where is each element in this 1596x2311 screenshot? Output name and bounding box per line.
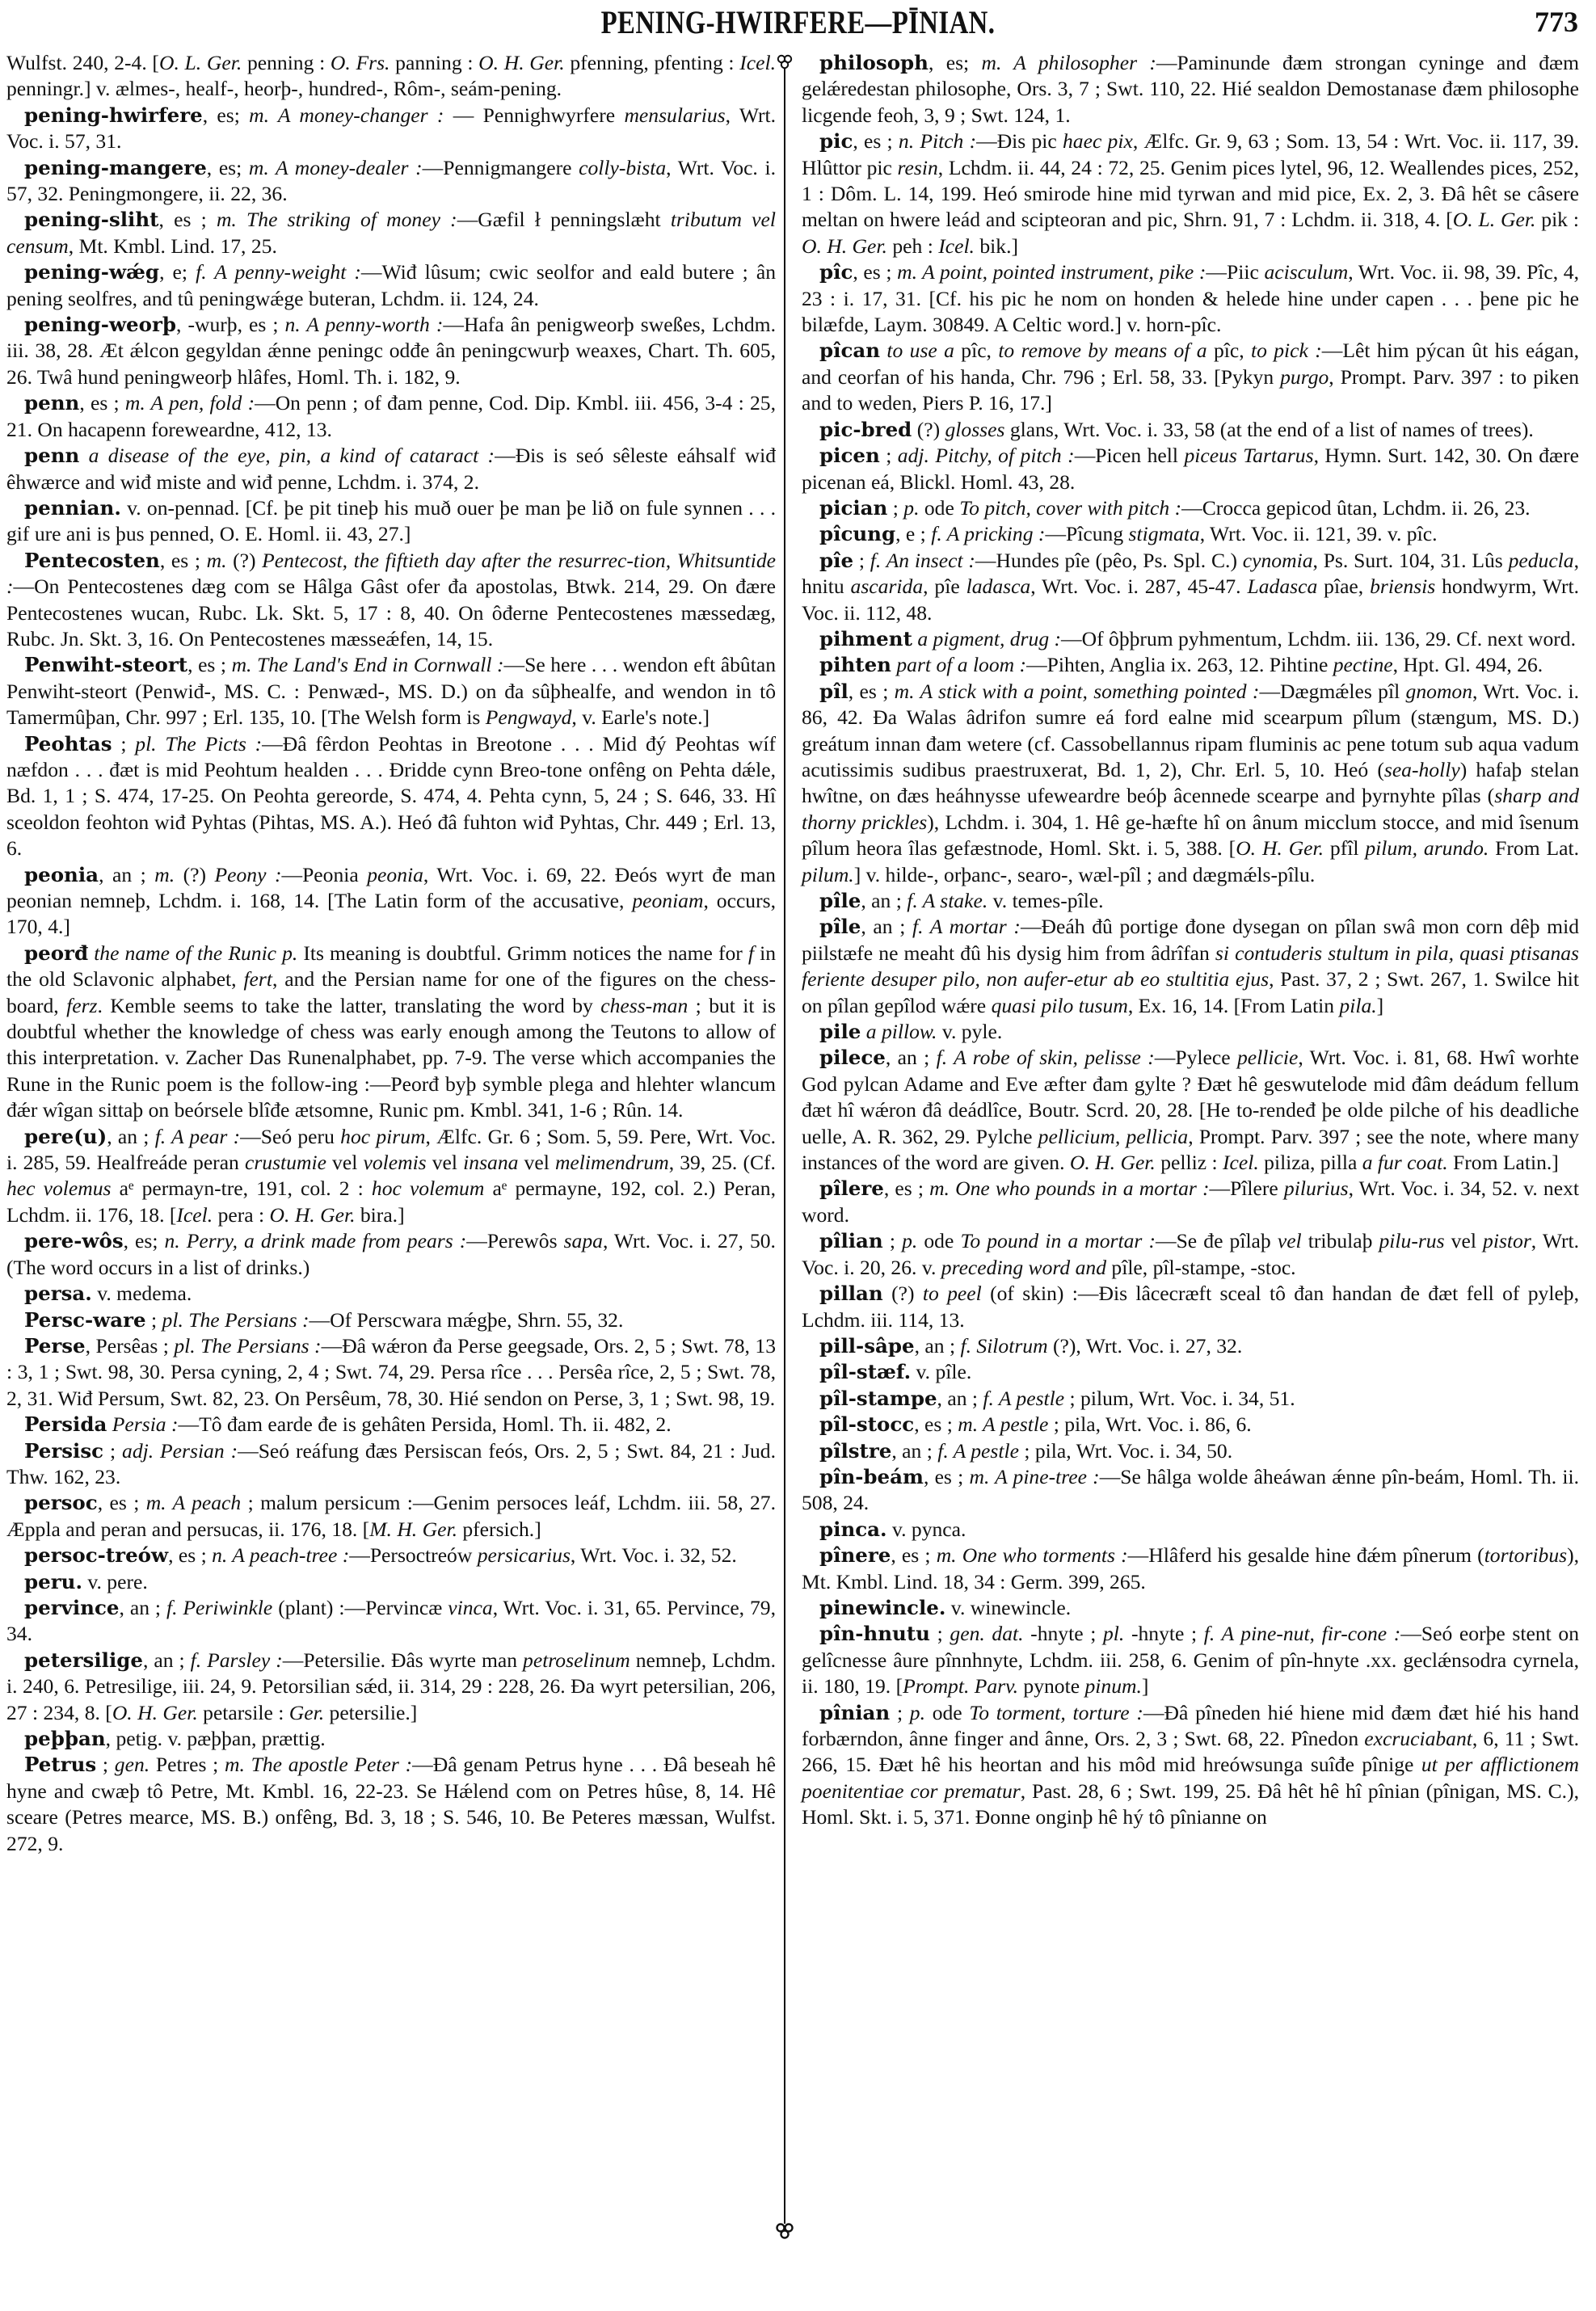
right-column: philosoph, es; m. A philosopher :—Paminu… xyxy=(802,50,1579,1831)
entry-text: , 39, 25. (Cf. xyxy=(669,1151,776,1174)
italic-text: pilurius xyxy=(1284,1177,1349,1200)
entry-text: v. medema. xyxy=(92,1282,192,1305)
dictionary-entry: pîlere, es ; m. One who pounds in a mort… xyxy=(802,1176,1579,1228)
headword: pîlian xyxy=(819,1229,883,1252)
italic-text: To pound in a mortar : xyxy=(960,1229,1156,1252)
italic-text: m. One who torments : xyxy=(937,1543,1128,1567)
headword: pician xyxy=(819,496,887,520)
italic-text: m. A peach xyxy=(146,1491,242,1514)
italic-text: pellicie xyxy=(1237,1046,1298,1069)
entry-text: , an ; xyxy=(143,1648,191,1672)
italic-text: Icel. xyxy=(739,51,776,74)
entry-text: v. pere. xyxy=(82,1570,148,1593)
entry-text: v. pynca. xyxy=(887,1518,966,1541)
italic-text: pl. The Persians : xyxy=(162,1308,310,1332)
italic-text: p. xyxy=(902,1229,917,1252)
headword: pihten xyxy=(819,653,891,676)
entry-text: —Seó peru xyxy=(240,1125,340,1148)
italic-text: f. Parsley : xyxy=(191,1648,283,1672)
entry-text: (?) xyxy=(883,1282,923,1305)
dictionary-entry: pic-bred (?) glosses glans, Wrt. Voc. i.… xyxy=(802,417,1579,443)
italic-text: hec volemus xyxy=(6,1177,111,1200)
dictionary-entry: Peohtas ; pl. The Picts :—Đâ fêrdon Peoh… xyxy=(6,731,776,862)
italic-text: pl. xyxy=(1103,1622,1124,1645)
italic-text: f. Silotrum xyxy=(960,1334,1047,1358)
italic-text: mensularius xyxy=(624,103,725,127)
entry-text: ] xyxy=(1142,1674,1149,1698)
italic-text: gnomon xyxy=(1406,680,1472,703)
italic-text: p. xyxy=(910,1701,925,1724)
italic-text: f. A penny-weight : xyxy=(196,260,361,284)
entry-text: , -wurþ, es ; xyxy=(176,313,284,336)
italic-text: m. A philosopher : xyxy=(981,51,1156,74)
entry-text: , Persêas ; xyxy=(86,1334,175,1358)
entry-text: ] v. hilde-, orþanc-, searo-, wæl-pîl ; … xyxy=(854,863,1316,886)
entry-text: piliza, pilla xyxy=(1259,1151,1362,1174)
entry-text: —Pennigmangere xyxy=(423,156,579,179)
headword: peru. xyxy=(24,1570,82,1593)
entry-text: Wulfst. 240, 2-4. [ xyxy=(6,51,159,74)
entry-text xyxy=(79,444,88,467)
entry-text: , an ; xyxy=(861,915,912,938)
headword: pening-mangere xyxy=(24,156,207,179)
dictionary-entry: pîlstre, an ; f. A pestle ; pila, Wrt. V… xyxy=(802,1438,1579,1464)
italic-text: petroselinum xyxy=(523,1648,630,1672)
italic-text: persicarius xyxy=(478,1543,571,1567)
italic-text: m. A stick with a point, something point… xyxy=(895,680,1260,703)
dictionary-entry: pîl-stæf. v. pîle. xyxy=(802,1359,1579,1385)
italic-text: vel xyxy=(1278,1229,1302,1252)
italic-text: to peel xyxy=(923,1282,982,1305)
italic-text: O. H. Ger. xyxy=(802,234,887,258)
column-divider xyxy=(784,74,785,2224)
entry-text: , es ; xyxy=(914,1412,958,1436)
dictionary-entry: pervince, an ; f. Periwinkle (plant) :—P… xyxy=(6,1595,776,1648)
italic-text: melimendrum xyxy=(555,1151,669,1174)
entry-text: , es; xyxy=(929,51,982,74)
dictionary-entry: peonia, an ; m. (?) Peony :—Peonia peoni… xyxy=(6,862,776,941)
headword: pervince xyxy=(24,1596,120,1619)
italic-text: crustumie xyxy=(245,1151,326,1174)
headword: pening-sliht xyxy=(24,208,159,231)
headword: peorđ xyxy=(24,941,88,965)
italic-text: pellicium, pellicia xyxy=(1038,1125,1189,1148)
entry-text: panning : xyxy=(390,51,478,74)
italic-text: pilum. xyxy=(802,863,854,886)
entry-text: (?) xyxy=(912,418,945,441)
headword: Penwiht-steort xyxy=(24,653,187,676)
headword: pening-hwirfere xyxy=(24,103,203,127)
entry-text: , Ex. 16, 14. [From Latin xyxy=(1128,994,1340,1017)
entry-text: pera : xyxy=(213,1203,269,1227)
entry-text: —Pîcung xyxy=(1045,522,1128,545)
dictionary-entry: Petrus ; gen. Petres ; m. The apostle Pe… xyxy=(6,1752,776,1857)
page-header: PENING-HWIRFERE—PĪNIAN. 773 xyxy=(0,0,1596,40)
entry-text: , an ; xyxy=(861,889,907,912)
entry-text: -hnyte ; xyxy=(1124,1622,1203,1645)
dictionary-entry: pîcung, e ; f. A pricking :—Pîcung stigm… xyxy=(802,521,1579,547)
italic-text: m. The striking of money : xyxy=(217,208,457,231)
italic-text: ladasca xyxy=(966,575,1031,598)
headword: pîl-stæf. xyxy=(819,1360,911,1383)
headword: pîc xyxy=(819,260,853,284)
entry-text: , an ; xyxy=(886,1046,937,1069)
entry-text: , Wrt. Voc. ii. 121, 39. v. pîc. xyxy=(1200,522,1438,545)
dictionary-entry: pening-mangere, es; m. A money-dealer :—… xyxy=(6,155,776,208)
trefoil-ornament-icon xyxy=(773,53,796,76)
dictionary-entry: pîn-hnutu ; gen. dat. -hnyte ; pl. -hnyt… xyxy=(802,1621,1579,1699)
dictionary-entry: pîc, es ; m. A point, pointed instrument… xyxy=(802,259,1579,338)
italic-text: briensis xyxy=(1370,575,1435,598)
headword: pere-wôs xyxy=(24,1229,124,1252)
entry-text: , es ; xyxy=(79,391,125,415)
entry-text: -hnyte ; xyxy=(1024,1622,1103,1645)
dictionary-entry: pîcan to use a pîc, to remove by means o… xyxy=(802,338,1579,416)
trefoil-ornament-icon xyxy=(773,2219,796,2242)
italic-text: quasi pilo tusum xyxy=(992,994,1128,1017)
italic-text: a fur coat. xyxy=(1362,1151,1448,1174)
entry-text: ; xyxy=(103,1439,122,1463)
dictionary-entry: pilece, an ; f. A robe of skin, pelisse … xyxy=(802,1045,1579,1176)
italic-text: O. H. Ger. xyxy=(1236,836,1324,860)
entry-text: ; xyxy=(887,496,903,520)
headword: pîlere xyxy=(819,1177,884,1200)
italic-text: gen. dat. xyxy=(950,1622,1023,1645)
italic-text: pila. xyxy=(1339,994,1376,1017)
dictionary-entry: pile a pillow. v. pyle. xyxy=(802,1019,1579,1045)
entry-text: —Piic xyxy=(1206,260,1264,284)
entry-text: From Lat. xyxy=(1489,836,1579,860)
entry-text: , es ; xyxy=(160,549,207,572)
headword: pînere xyxy=(819,1543,891,1567)
entry-text: ; pila, Wrt. Voc. i. 86, 6. xyxy=(1048,1412,1251,1436)
italic-text: m. A pen, fold : xyxy=(125,391,255,415)
italic-text: m. A money-changer : xyxy=(249,103,444,127)
entry-text: , es; xyxy=(203,103,249,127)
headword: pîe xyxy=(819,549,853,572)
italic-text: sea-holly xyxy=(1384,758,1460,781)
entry-text: pynote xyxy=(1018,1674,1084,1698)
italic-text: n. Perry, a drink made from pears : xyxy=(165,1229,467,1252)
headword: pinca. xyxy=(819,1518,887,1541)
italic-text: to use a xyxy=(886,339,954,362)
dictionary-entry: pinewincle. v. winewincle. xyxy=(802,1595,1579,1621)
italic-text: m. xyxy=(154,863,175,886)
headword: peonia xyxy=(24,863,99,886)
entry-text: , es ; xyxy=(853,129,899,153)
headword: persoc xyxy=(24,1491,98,1514)
italic-text: glosses xyxy=(945,418,1005,441)
entry-text: pik : xyxy=(1535,208,1579,231)
dictionary-entry: pîle, an ; f. A stake. v. temes-pîle. xyxy=(802,888,1579,914)
italic-text: pl. The Picts : xyxy=(135,732,262,756)
italic-text: ferz xyxy=(66,994,97,1017)
entry-text: , Wrt. Voc. i. 32, 52. xyxy=(571,1543,737,1567)
entry-text: , es ; xyxy=(187,653,231,676)
entry-text: pfersich.] xyxy=(457,1518,541,1541)
dictionary-entry: persoc-treów, es ; n. A peach-tree :—Per… xyxy=(6,1543,776,1568)
entry-text: ; pilum, Wrt. Voc. i. 34, 51. xyxy=(1064,1387,1295,1410)
entry-text: ; xyxy=(96,1753,115,1776)
headword: pilece xyxy=(819,1046,886,1069)
italic-text: adj. Pitchy, of pitch : xyxy=(898,444,1075,467)
entry-text: —On Pentecostenes dæg com se Hâlga Gâst … xyxy=(6,575,776,650)
dictionary-entry: Persisc ; adj. Persian :—Seó reáfung đæs… xyxy=(6,1438,776,1491)
entry-text: v. winewincle. xyxy=(945,1596,1071,1619)
italic-text: Ladasca xyxy=(1248,575,1318,598)
dictionary-entry: Pentecosten, es ; m. (?) Pentecost, the … xyxy=(6,548,776,653)
dictionary-entry: peorđ the name of the Runic p. Its meani… xyxy=(6,941,776,1124)
italic-text: m. A point, pointed instrument, pike : xyxy=(897,260,1206,284)
dictionary-entry: pere-wôs, es; n. Perry, a drink made fro… xyxy=(6,1228,776,1281)
dictionary-entry: pening-wǽg, e; f. A penny-weight :—Wiđ l… xyxy=(6,259,776,312)
italic-text: f. A pestle xyxy=(937,1439,1019,1463)
dictionary-entry: pîlian ; p. ode To pound in a mortar :—S… xyxy=(802,1228,1579,1281)
dictionary-entry: pening-weorþ, -wurþ, es ; n. A penny-wor… xyxy=(6,312,776,390)
headword: pîn-beám xyxy=(819,1465,924,1488)
dictionary-entry: pînere, es ; m. One who torments :—Hlâfe… xyxy=(802,1543,1579,1595)
dictionary-entry: pillan (?) to peel (of skin) :—Đis lâcec… xyxy=(802,1281,1579,1333)
italic-text: a disease of the eye, pin, a kind of cat… xyxy=(89,444,495,467)
entry-text: —Tô đam earde đe is gehâten Persida, Hom… xyxy=(179,1412,672,1436)
entry-text: , e ; xyxy=(895,522,931,545)
headword: pening-wǽg xyxy=(24,260,159,284)
page-number: 773 xyxy=(1535,5,1578,39)
headword: Petrus xyxy=(24,1753,96,1776)
italic-text: adj. Persian : xyxy=(122,1439,238,1463)
italic-text: f. A stake. xyxy=(907,889,987,912)
italic-text: m. One who pounds in a mortar : xyxy=(929,1177,1209,1200)
italic-text: pectine xyxy=(1333,653,1393,676)
entry-text: , Wrt. Voc. i. 287, 45-47. xyxy=(1030,575,1247,598)
entry-text: Petres ; xyxy=(149,1753,225,1776)
italic-text: to pick : xyxy=(1251,339,1322,362)
italic-text: part of a loom : xyxy=(896,653,1026,676)
headword: pile xyxy=(819,1020,861,1043)
italic-text: the name of the Runic p. xyxy=(94,941,297,965)
entry-text: , an ; xyxy=(915,1334,961,1358)
entry-text: —Crocca gepicod ûtan, Lchdm. ii. 26, 23. xyxy=(1181,496,1530,520)
italic-text: hoc pirum xyxy=(340,1125,425,1148)
italic-text: colly-bista xyxy=(579,156,666,179)
dictionary-entry: Persida Persia :—Tô đam earde đe is gehâ… xyxy=(6,1412,776,1438)
headword: penn xyxy=(24,444,79,467)
headword: Persida xyxy=(24,1412,107,1436)
entry-text: , Hpt. Gl. 494, 26. xyxy=(1393,653,1543,676)
italic-text: fert xyxy=(243,967,272,991)
entry-text: ; xyxy=(112,732,136,756)
entry-text: , es; xyxy=(124,1229,165,1252)
entry-text: pîc, xyxy=(1207,339,1251,362)
entry-text: v. pyle. xyxy=(937,1020,1002,1043)
italic-text: O. H. Ger. xyxy=(112,1701,198,1724)
headword: pîl-stampe xyxy=(819,1387,937,1410)
entry-text: penningr.] v. ælmes-, healf-, heorþ-, hu… xyxy=(6,77,562,100)
italic-text: pilum, arundo. xyxy=(1365,836,1489,860)
entry-text: bira.] xyxy=(355,1203,404,1227)
entry-text: , an ; xyxy=(107,1125,154,1148)
italic-text: f. A pestle xyxy=(983,1387,1064,1410)
entry-text: pfenning, pfenting : xyxy=(565,51,740,74)
dictionary-entry: pihment a pigment, drug :—Of ôþþrum pyhm… xyxy=(802,626,1579,652)
entry-text: , an ; xyxy=(937,1387,983,1410)
entry-text: . Kemble seems to take the latter, trans… xyxy=(97,994,600,1017)
italic-text: Persia : xyxy=(112,1412,179,1436)
entry-text: , es; xyxy=(207,156,249,179)
headword: pîlstre xyxy=(819,1439,891,1463)
headword: petersilige xyxy=(24,1648,143,1672)
italic-text: piceus Tartarus xyxy=(1184,444,1313,467)
headword: pîl-stocc xyxy=(819,1412,914,1436)
entry-text: , es ; xyxy=(849,680,895,703)
entry-text: v. pîle. xyxy=(911,1360,971,1383)
italic-text: acisculum xyxy=(1264,260,1348,284)
entry-text: v. on-pennad. [Cf. þe pit tineþ his muð … xyxy=(6,496,776,545)
entry-text: vel xyxy=(518,1151,555,1174)
headword: philosoph xyxy=(819,51,929,74)
dictionary-entry: pician ; p. ode To pitch, cover with pit… xyxy=(802,495,1579,521)
italic-text: pl. The Persians : xyxy=(174,1334,321,1358)
italic-text: tortoribus xyxy=(1484,1543,1567,1567)
entry-text: , e; xyxy=(159,260,196,284)
italic-text: insana xyxy=(463,1151,518,1174)
headword: pinewincle. xyxy=(819,1596,945,1619)
italic-text: stigmata xyxy=(1129,522,1200,545)
dictionary-entry: peþþan, petig. v. pæþþan, prættig. xyxy=(6,1726,776,1752)
italic-text: preceding word and xyxy=(941,1256,1106,1279)
italic-text: n. A peach-tree : xyxy=(212,1543,349,1567)
entry-text: vel xyxy=(326,1151,364,1174)
italic-text: Prompt. Parv. xyxy=(903,1674,1018,1698)
italic-text: resin xyxy=(898,156,938,179)
italic-text: f. A pricking : xyxy=(931,522,1045,545)
italic-text: ascarida xyxy=(851,575,924,598)
entry-text: , es ; xyxy=(98,1491,146,1514)
italic-text: f. A mortar : xyxy=(912,915,1021,938)
dictionary-entry: Persc-ware ; pl. The Persians :—Of Persc… xyxy=(6,1307,776,1333)
entry-text: (?) xyxy=(175,863,214,886)
headword: peþþan xyxy=(24,1727,106,1750)
entry-text: vel xyxy=(427,1151,464,1174)
headword: pic-bred xyxy=(819,418,912,441)
entry-text: , es ; xyxy=(884,1177,929,1200)
italic-text: To pitch, cover with pitch : xyxy=(959,496,1181,520)
entry-text: pfîl xyxy=(1324,836,1365,860)
headword: pill-sâpe xyxy=(819,1334,915,1358)
headword: pillan xyxy=(819,1282,883,1305)
dictionary-entry: pinca. v. pynca. xyxy=(802,1517,1579,1543)
italic-text: f. A pear : xyxy=(155,1125,240,1148)
headword: pihment xyxy=(819,627,912,650)
italic-text: O. H. Ger. xyxy=(478,51,565,74)
italic-text: peducla xyxy=(1509,549,1574,572)
italic-text: pinum. xyxy=(1084,1674,1141,1698)
italic-text: m. A pestle xyxy=(958,1412,1048,1436)
entry-text: — Pennighwyrfere xyxy=(444,103,624,127)
entry-text: —Hundes pîe (pêo, Ps. Spl. C.) xyxy=(975,549,1243,572)
entry-text: —Pîlere xyxy=(1209,1177,1283,1200)
entry-text: (?) xyxy=(226,549,262,572)
italic-text: Icel. xyxy=(176,1203,213,1227)
entry-text: penning : xyxy=(242,51,331,74)
entry-text: —Đis pic xyxy=(976,129,1063,153)
entry-text: pîle, pîl-stampe, -stoc. xyxy=(1106,1256,1296,1279)
entry-text: , v. Earle's note.] xyxy=(571,705,710,729)
italic-text: m. The Land's End in Cornwall : xyxy=(232,653,504,676)
italic-text: n. Pitch : xyxy=(899,129,976,153)
entry-text: , an ; xyxy=(891,1439,937,1463)
italic-text: f. Periwinkle xyxy=(166,1596,272,1619)
entry-text: ; xyxy=(853,549,870,572)
dictionary-entry: philosoph, es; m. A philosopher :—Paminu… xyxy=(802,50,1579,128)
entry-text: , es ; xyxy=(168,1543,212,1567)
entry-text: , es ; xyxy=(924,1465,970,1488)
dictionary-entry: Perse, Persêas ; pl. The Persians :—Đâ w… xyxy=(6,1333,776,1412)
italic-text: f xyxy=(748,941,754,965)
italic-text: O. L. Ger. xyxy=(1453,208,1536,231)
entry-text: ode xyxy=(917,1229,960,1252)
headword: pîle xyxy=(819,915,861,938)
headword: pening-weorþ xyxy=(24,313,176,336)
headword: pennian. xyxy=(24,496,121,520)
italic-text: a pillow. xyxy=(866,1020,937,1043)
headword: Persc-ware xyxy=(24,1308,146,1332)
italic-text: m. xyxy=(207,549,227,572)
entry-text: bik.] xyxy=(975,234,1018,258)
italic-text: m. A pine-tree : xyxy=(969,1465,1099,1488)
italic-text: M. H. Ger. xyxy=(369,1518,457,1541)
entry-text: —Se đe pîlaþ xyxy=(1156,1229,1278,1252)
italic-text: excruciabant xyxy=(1364,1727,1472,1750)
dictionary-entry: pill-sâpe, an ; f. Silotrum (?), Wrt. Vo… xyxy=(802,1333,1579,1359)
italic-text: purgo xyxy=(1280,365,1329,389)
italic-text: peonia xyxy=(367,863,423,886)
dictionary-entry: pîl-stampe, an ; f. A pestle ; pilum, Wr… xyxy=(802,1386,1579,1412)
entry-text: ; xyxy=(930,1622,950,1645)
italic-text: Icel. xyxy=(938,234,975,258)
italic-text: O. H. Ger. xyxy=(270,1203,356,1227)
dictionary-entry: pere(u), an ; f. A pear :—Seó peru hoc p… xyxy=(6,1124,776,1229)
entry-text: ; xyxy=(883,1229,902,1252)
headword: pîcung xyxy=(819,522,895,545)
italic-text: To torment, torture : xyxy=(969,1701,1143,1724)
headword: pînian xyxy=(819,1701,890,1724)
entry-text: , an ; xyxy=(99,863,154,886)
entry-text: pîae, xyxy=(1317,575,1370,598)
entry-text: —Petersilie. Đâs wyrte man xyxy=(283,1648,523,1672)
dictionary-entry: pîl, es ; m. A stick with a point, somet… xyxy=(802,679,1579,888)
dictionary-entry: pening-hwirfere, es; m. A money-changer … xyxy=(6,103,776,155)
headword: pîcan xyxy=(819,339,880,362)
italic-text: chess-man xyxy=(600,994,688,1017)
italic-text: hoc volemum xyxy=(372,1177,484,1200)
dictionary-entry: pîn-beám, es ; m. A pine-tree :—Se hâlga… xyxy=(802,1464,1579,1517)
dictionary-entry: petersilige, an ; f. Parsley :—Petersili… xyxy=(6,1648,776,1726)
entry-text: v. temes-pîle. xyxy=(987,889,1103,912)
dictionary-entry: peru. v. pere. xyxy=(6,1569,776,1595)
entry-text: tribulaþ xyxy=(1302,1229,1379,1252)
italic-text: p. xyxy=(903,496,919,520)
entry-text: petarsile : xyxy=(198,1701,289,1724)
entry-text: , es ; xyxy=(853,260,897,284)
italic-text: cynomia xyxy=(1243,549,1313,572)
dictionary-entry: pic, es ; n. Pitch :—Đis pic haec pix, Æ… xyxy=(802,128,1579,259)
italic-text: Peony : xyxy=(215,863,282,886)
entry-text: —Pylece xyxy=(1155,1046,1237,1069)
italic-text: sapa xyxy=(564,1229,603,1252)
entry-text: —Hlâferd his gesalde hine đǽm pînerum ( xyxy=(1128,1543,1484,1567)
headword: Perse xyxy=(24,1334,86,1358)
